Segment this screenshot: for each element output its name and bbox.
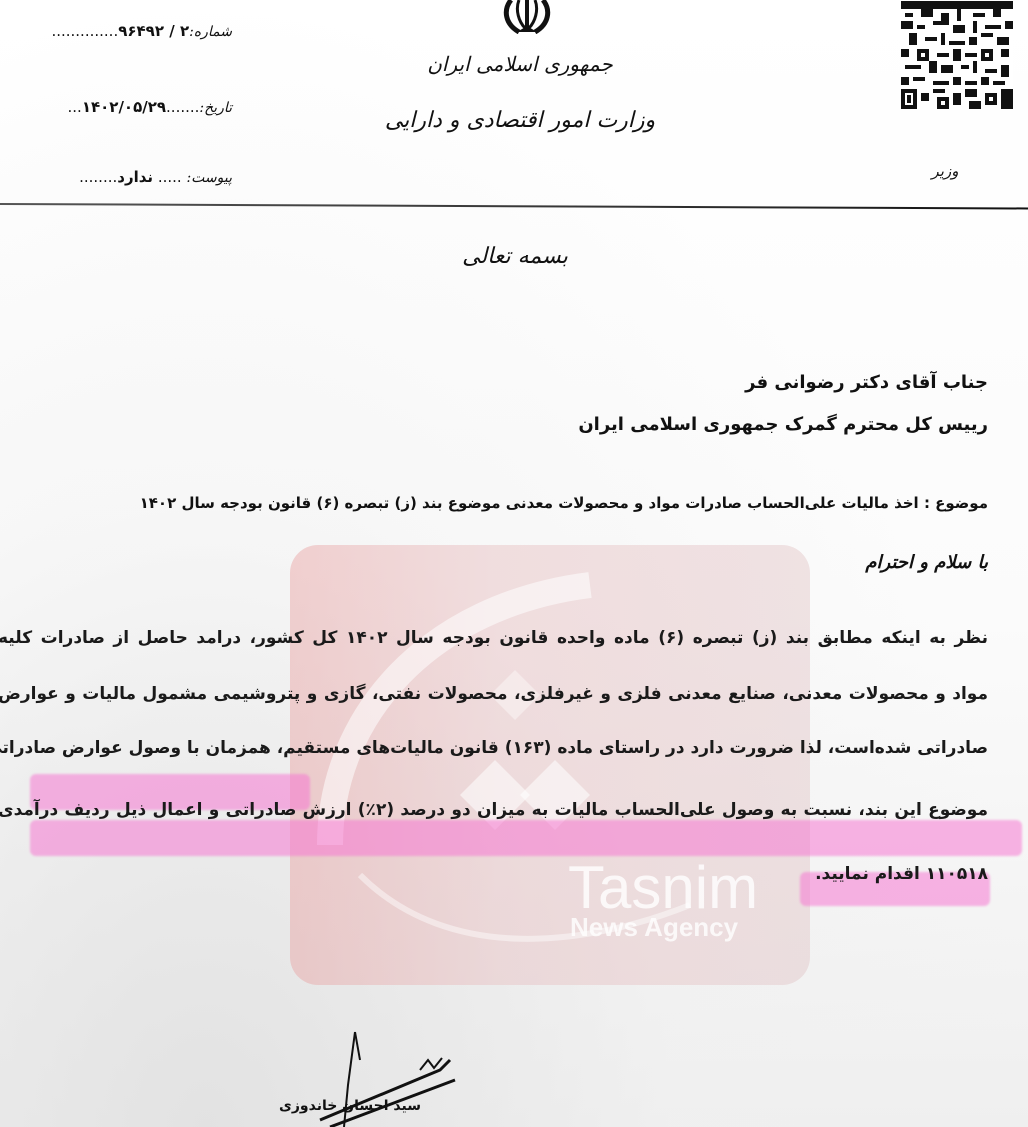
greeting: با سلام و احترام [788, 552, 988, 573]
dotted-leader: ... [68, 98, 82, 116]
letter-number-value: ۲ / ۹۶۴۹۲ [118, 22, 189, 40]
qr-code-icon [901, 0, 1013, 110]
watermark-tagline: News Agency [570, 912, 738, 943]
sender-title: وزیر [900, 162, 990, 180]
letter-number-label: شماره: [189, 24, 232, 40]
dotted-leader: .............. [51, 22, 118, 40]
recipient-name: جناب آقای دکتر رضوانی فر [388, 372, 988, 393]
body-paragraph-line: ۱۱۰۵۱۸ اقدام نمایید. [798, 864, 988, 884]
letter-date-field: تاریخ:.......۱۴۰۲/۰۵/۲۹... [0, 98, 232, 116]
dotted-leader: ..... [153, 168, 186, 186]
letter-date-value: ۱۴۰۲/۰۵/۲۹ [82, 98, 166, 116]
watermark-brand: Tasnim [568, 858, 758, 918]
body-paragraph-line: مواد و محصولات معدنی، صنایع معدنی فلزی و… [0, 684, 988, 704]
invocation-heading: بسمه تعالی [430, 244, 600, 269]
recipient-title: رییس کل محترم گمرک جمهوری اسلامی ایران [388, 414, 988, 435]
letter-number-field: شماره:۲ / ۹۶۴۹۲.............. [0, 22, 232, 40]
attachment-field: پیوست: ..... ندارد........ [0, 168, 232, 186]
dotted-leader: ....... [166, 98, 199, 116]
highlight-mark [30, 820, 1022, 856]
subject-line: موضوع : اخذ مالیات علی‌الحساب صادرات موا… [168, 494, 988, 512]
dotted-leader: ........ [79, 168, 117, 186]
body-paragraph-line: نظر به اینکه مطابق بند (ز) تبصره (۶) ماد… [0, 628, 988, 648]
letter-date-label: تاریخ: [199, 100, 232, 116]
attachment-label: پیوست: [186, 170, 232, 186]
iran-emblem-icon [497, 0, 557, 34]
attachment-value: ندارد [117, 168, 153, 186]
body-paragraph-line: صادراتی شده‌است، لذا ضرورت دارد در راستا… [0, 738, 988, 758]
ministry-title: وزارت امور اقتصادی و دارایی [330, 108, 710, 133]
country-title: جمهوری اسلامی ایران [330, 52, 710, 76]
subject-label: موضوع : [924, 494, 988, 512]
signatory-name: سید احسان خاندوزی [270, 1098, 430, 1114]
subject-text: اخذ مالیات علی‌الحساب صادرات مواد و محصو… [140, 494, 919, 512]
body-paragraph-line: موضوع این بند، نسبت به وصول علی‌الحساب م… [0, 800, 988, 820]
